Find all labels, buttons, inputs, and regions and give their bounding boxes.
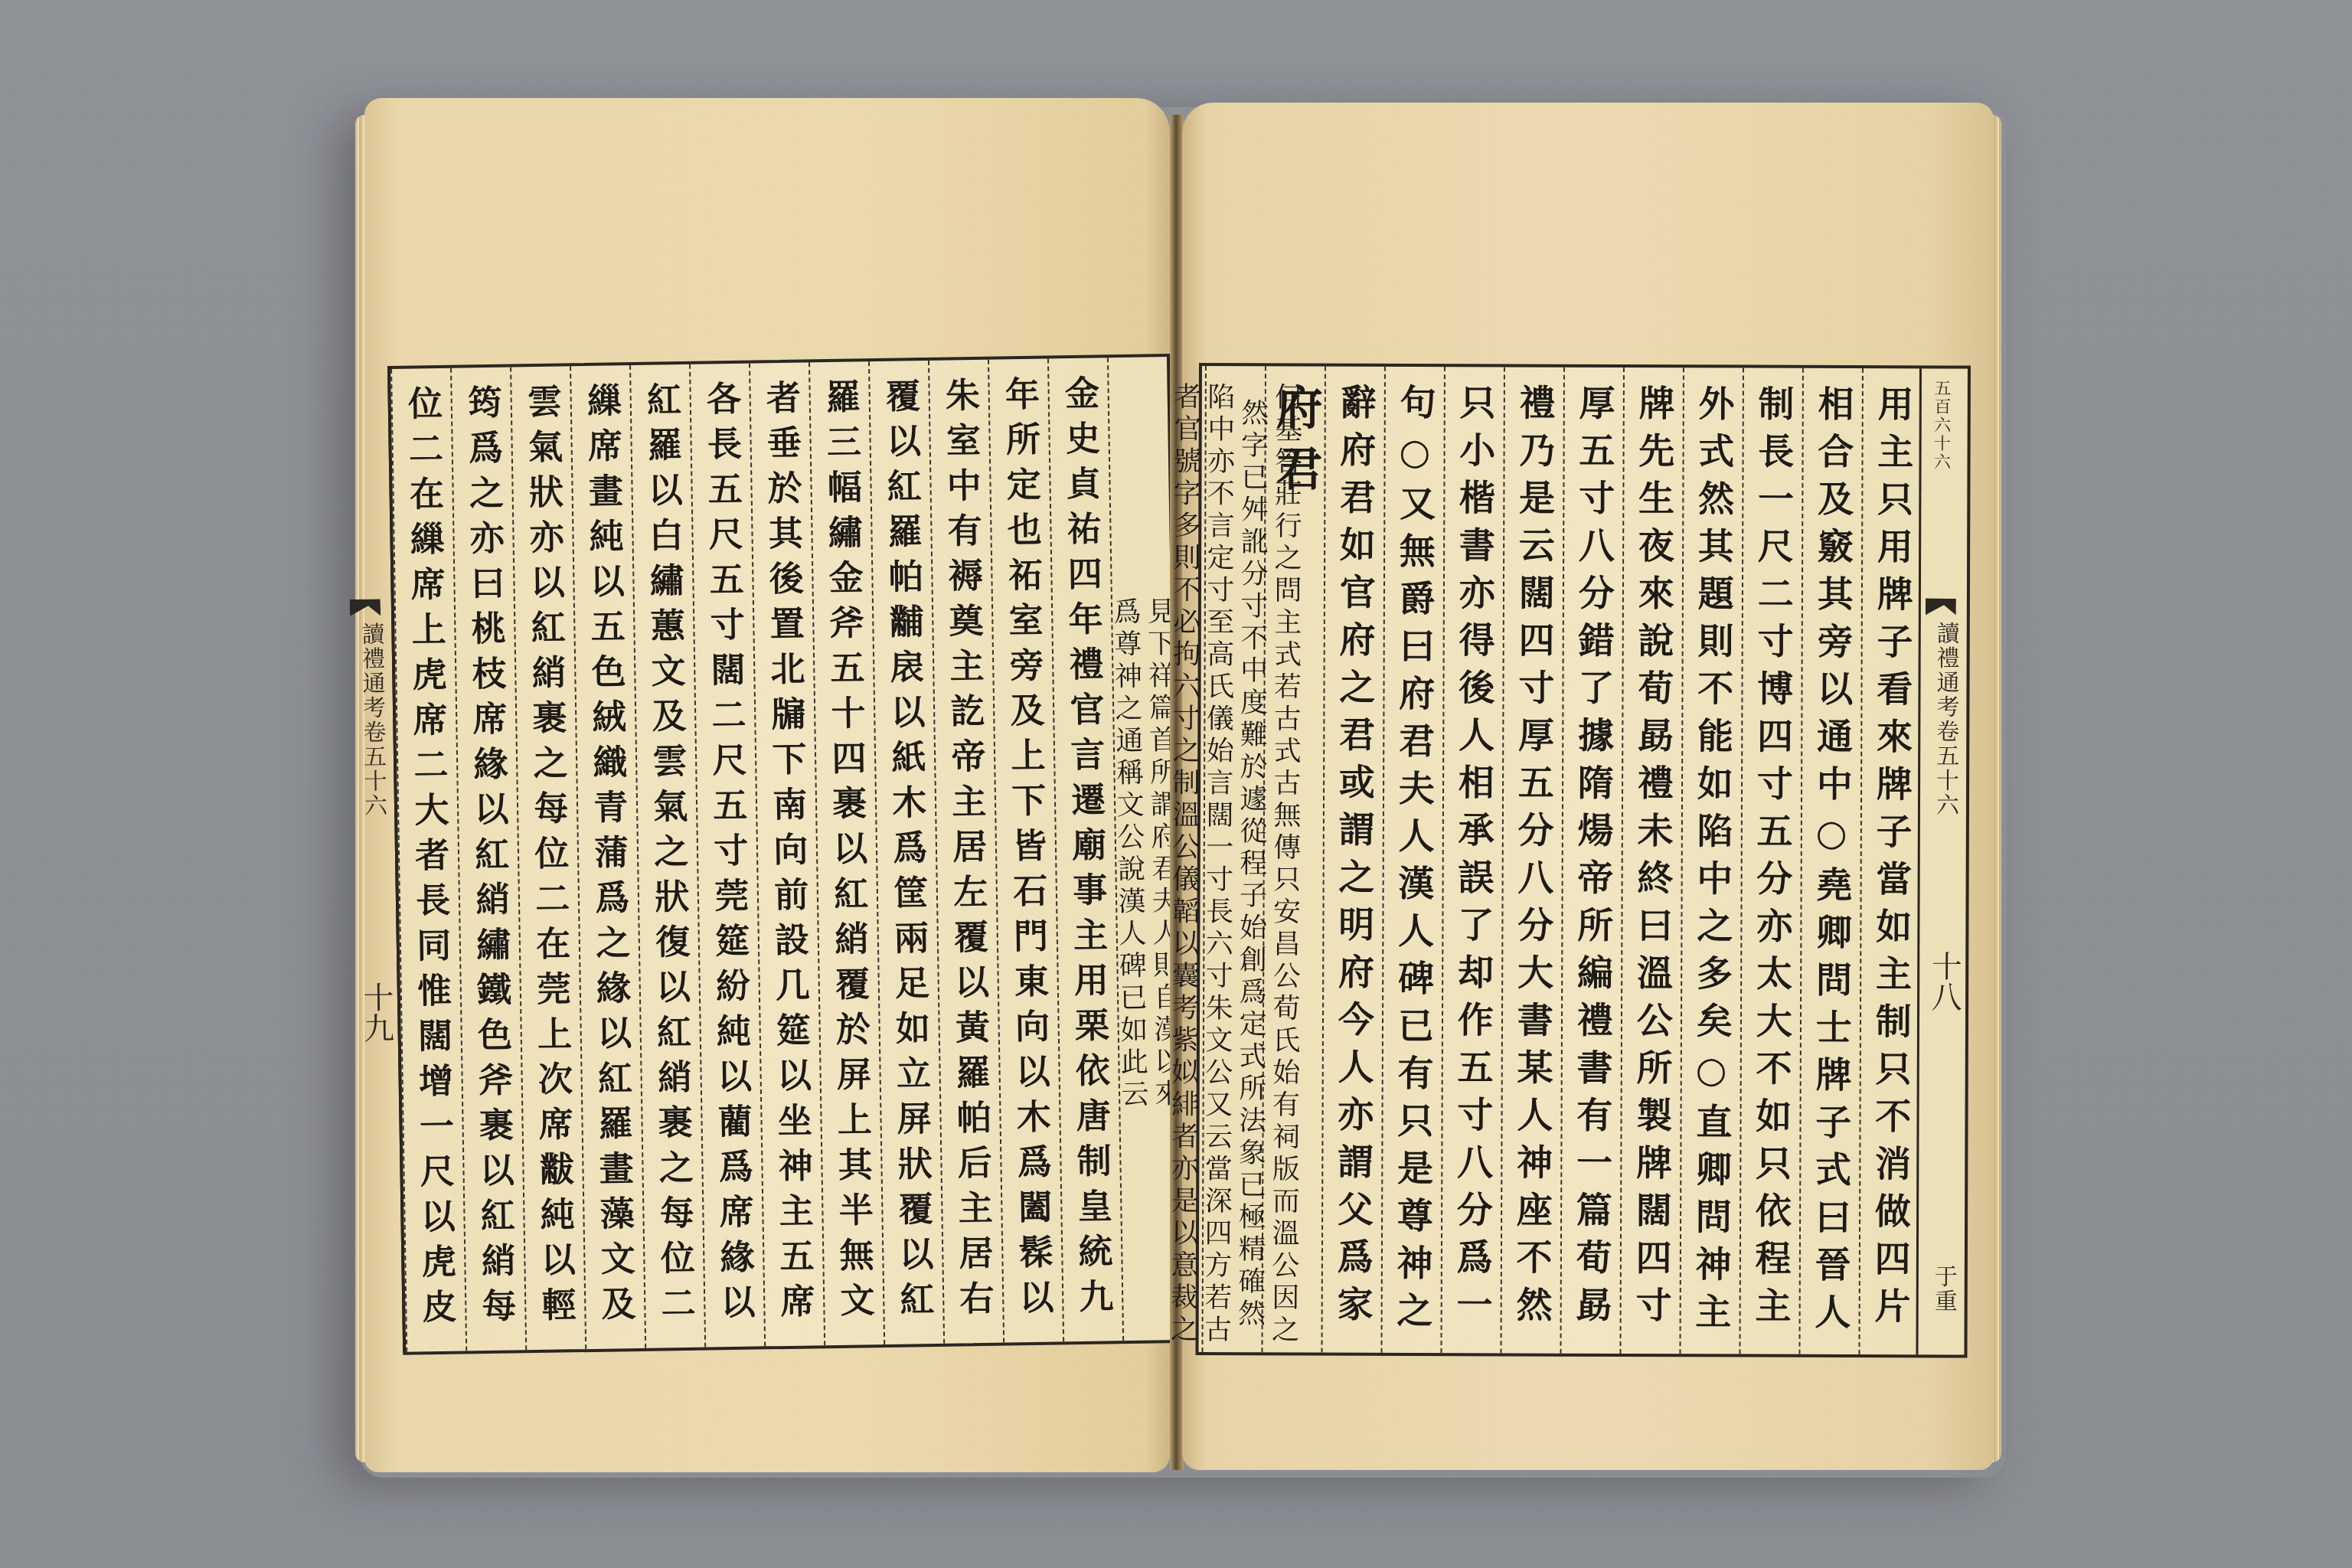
text-column: 厚五寸八分錯了據隋煬帝所編禮書有一篇荀勗 bbox=[1560, 367, 1622, 1354]
banxin-top-label: 五百六十六 bbox=[1929, 379, 1953, 471]
column-text: 禮乃是云闊四寸厚五分八分大書某人神座不然 bbox=[1508, 384, 1558, 1333]
annotation-column: 何基答莊行之問主式若古式古無傳只安昌公荀氏始有祠版而溫公因之然字已舛訛分寸不中度… bbox=[1201, 366, 1264, 1352]
left-text-columns: 見下祥篇首所謂府君夫人則自漢以來爲尊神之通稱文公說漢人碑已如此云金史貞祐四年禮官… bbox=[390, 357, 1182, 1352]
column-text: 覆以紅羅帕黼扆以紙木爲筐兩足如立屏狀覆以紅 bbox=[877, 377, 936, 1327]
annotation-line: 然字已舛訛分寸不中度難於遽從程子始創爲定式所法象已極精確然 bbox=[1234, 398, 1268, 1331]
annotation-line: 者官號字多則不必拘六寸之制溫公儀韜以囊考紫姒緋者亦是以意裁之 bbox=[1167, 382, 1200, 1347]
column-text: 紅羅以白繡蕙文及雲氣之狀復以紅綃裹之每位二 bbox=[638, 381, 697, 1331]
column-text: 筠爲之亦曰桃枝席緣以紅綃繡鐵色斧裹以紅綃每 bbox=[459, 384, 518, 1334]
column-text: 雲氣狀亦以紅綃裹之每位二在莞上次席黻純以輕 bbox=[518, 383, 578, 1332]
column-text: 外式然其題則不能如陷中之多矣○直卿問神主 bbox=[1687, 384, 1737, 1340]
text-column: 句○又無爵曰府君夫人漢人碑已有只是尊神之 bbox=[1380, 367, 1443, 1353]
column-text: 繅席畫純以五色絨織青蒲爲之緣以紅羅畫藻文及 bbox=[578, 382, 638, 1331]
left-page-print-frame: 讀禮通考卷五十六 十九 見下祥篇首所謂府君夫人則自漢以來爲尊神之通稱文公說漢人碑… bbox=[387, 354, 1185, 1355]
annotation-line: 陷中亦不言定寸至高氏儀始言闊一寸長六寸朱文公又云當深四方若古 bbox=[1200, 382, 1234, 1347]
text-column: 牌先生夜來說荀勗禮未終曰溫公所製牌闊四寸 bbox=[1619, 367, 1682, 1354]
right-page-print-frame: 用主只用牌子看來牌子當如主制只不消做四片相合及竅其旁以通中○堯卿問士牌子式曰晉人… bbox=[1195, 363, 1971, 1358]
banxin-title: 讀禮通考卷五十六 bbox=[353, 622, 390, 818]
column-text: 制長一尺二寸博四寸五分亦太大不如只依程主 bbox=[1746, 385, 1797, 1334]
text-column: 只小楷書亦得後人相承誤了却作五寸八分爲一 bbox=[1440, 367, 1503, 1353]
column-text: 位二在繅席上虎席二大者長同惟闊增一尺以虎皮 bbox=[399, 385, 459, 1334]
column-text: 用主只用牌子看來牌子當如主制只不消做四片 bbox=[1866, 385, 1916, 1334]
right-text-columns: 用主只用牌子看來牌子當如主制只不消做四片相合及竅其旁以通中○堯卿問士牌子式曰晉人… bbox=[1198, 366, 1921, 1354]
annotation-line: 何基答莊行之問主式若古式古無傳只安昌公荀氏始有祠版而溫公因之 bbox=[1268, 382, 1302, 1347]
column-text: 金史貞祐四年禮官言遷廟事主用栗依唐制皇統九 bbox=[1056, 374, 1116, 1324]
fish-tail-mark-icon bbox=[350, 599, 381, 616]
text-column: 用主只用牌子看來牌子當如主制只不消做四片 bbox=[1858, 368, 1921, 1354]
folio-number: 十九 bbox=[354, 982, 399, 1044]
column-text: 厚五寸八分錯了據隋煬帝所編禮書有一篇荀勗 bbox=[1567, 384, 1618, 1334]
column-text: 辭府君如官府之君或謂之明府今人亦謂父爲家 bbox=[1328, 384, 1379, 1333]
banxin-title: 讀禮通考卷五十六 bbox=[1928, 621, 1962, 817]
column-text: 相合及竅其旁以通中○堯卿問士牌子式曰晉人 bbox=[1806, 385, 1857, 1341]
fish-tail-mark-icon bbox=[1926, 598, 1956, 615]
column-text: 句○又無爵曰府君夫人漢人碑已有只是尊神之 bbox=[1388, 384, 1439, 1339]
text-column: 外式然其題則不能如陷中之多矣○直卿問神主 bbox=[1679, 367, 1742, 1354]
right-banxin: 五百六十六 讀禮通考卷五十六 十八 于重 bbox=[1916, 368, 1967, 1354]
folio-number: 十八 bbox=[1922, 950, 1966, 1011]
text-column: 禮乃是云闊四寸厚五分八分大書某人神座不然 bbox=[1500, 367, 1563, 1353]
text-column: 制長一尺二寸博四寸五分亦太大不如只依程主 bbox=[1739, 367, 1802, 1354]
column-text: 各長五尺五寸闊二尺五寸莞筵紛純以藺爲席緣以 bbox=[697, 381, 757, 1330]
column-text: 羅三幅繡金斧五十四裹以紅綃覆於屏上其半無文 bbox=[817, 378, 877, 1328]
banxin-bottom-label: 于重 bbox=[1926, 1264, 1960, 1313]
column-text: 只小楷書亦得後人相承誤了却作五寸八分爲一 bbox=[1448, 384, 1498, 1333]
column-text: 牌先生夜來說荀勗禮未終曰溫公所製牌闊四寸 bbox=[1627, 384, 1677, 1334]
column-text: 朱室中有褥奠主訖帝主居左覆以黃羅帕后主居右 bbox=[936, 377, 996, 1326]
text-column: 辭府君如官府之君或謂之明府今人亦謂父爲家 bbox=[1321, 367, 1383, 1353]
text-column: 相合及竅其旁以通中○堯卿問士牌子式曰晉人 bbox=[1798, 368, 1861, 1354]
column-text: 年所定也祏室旁及上下皆石門東向以木爲闔髹以 bbox=[996, 376, 1056, 1325]
column-text: 者垂於其後置北牖下南向前設几筵以坐神主五席 bbox=[757, 379, 817, 1328]
